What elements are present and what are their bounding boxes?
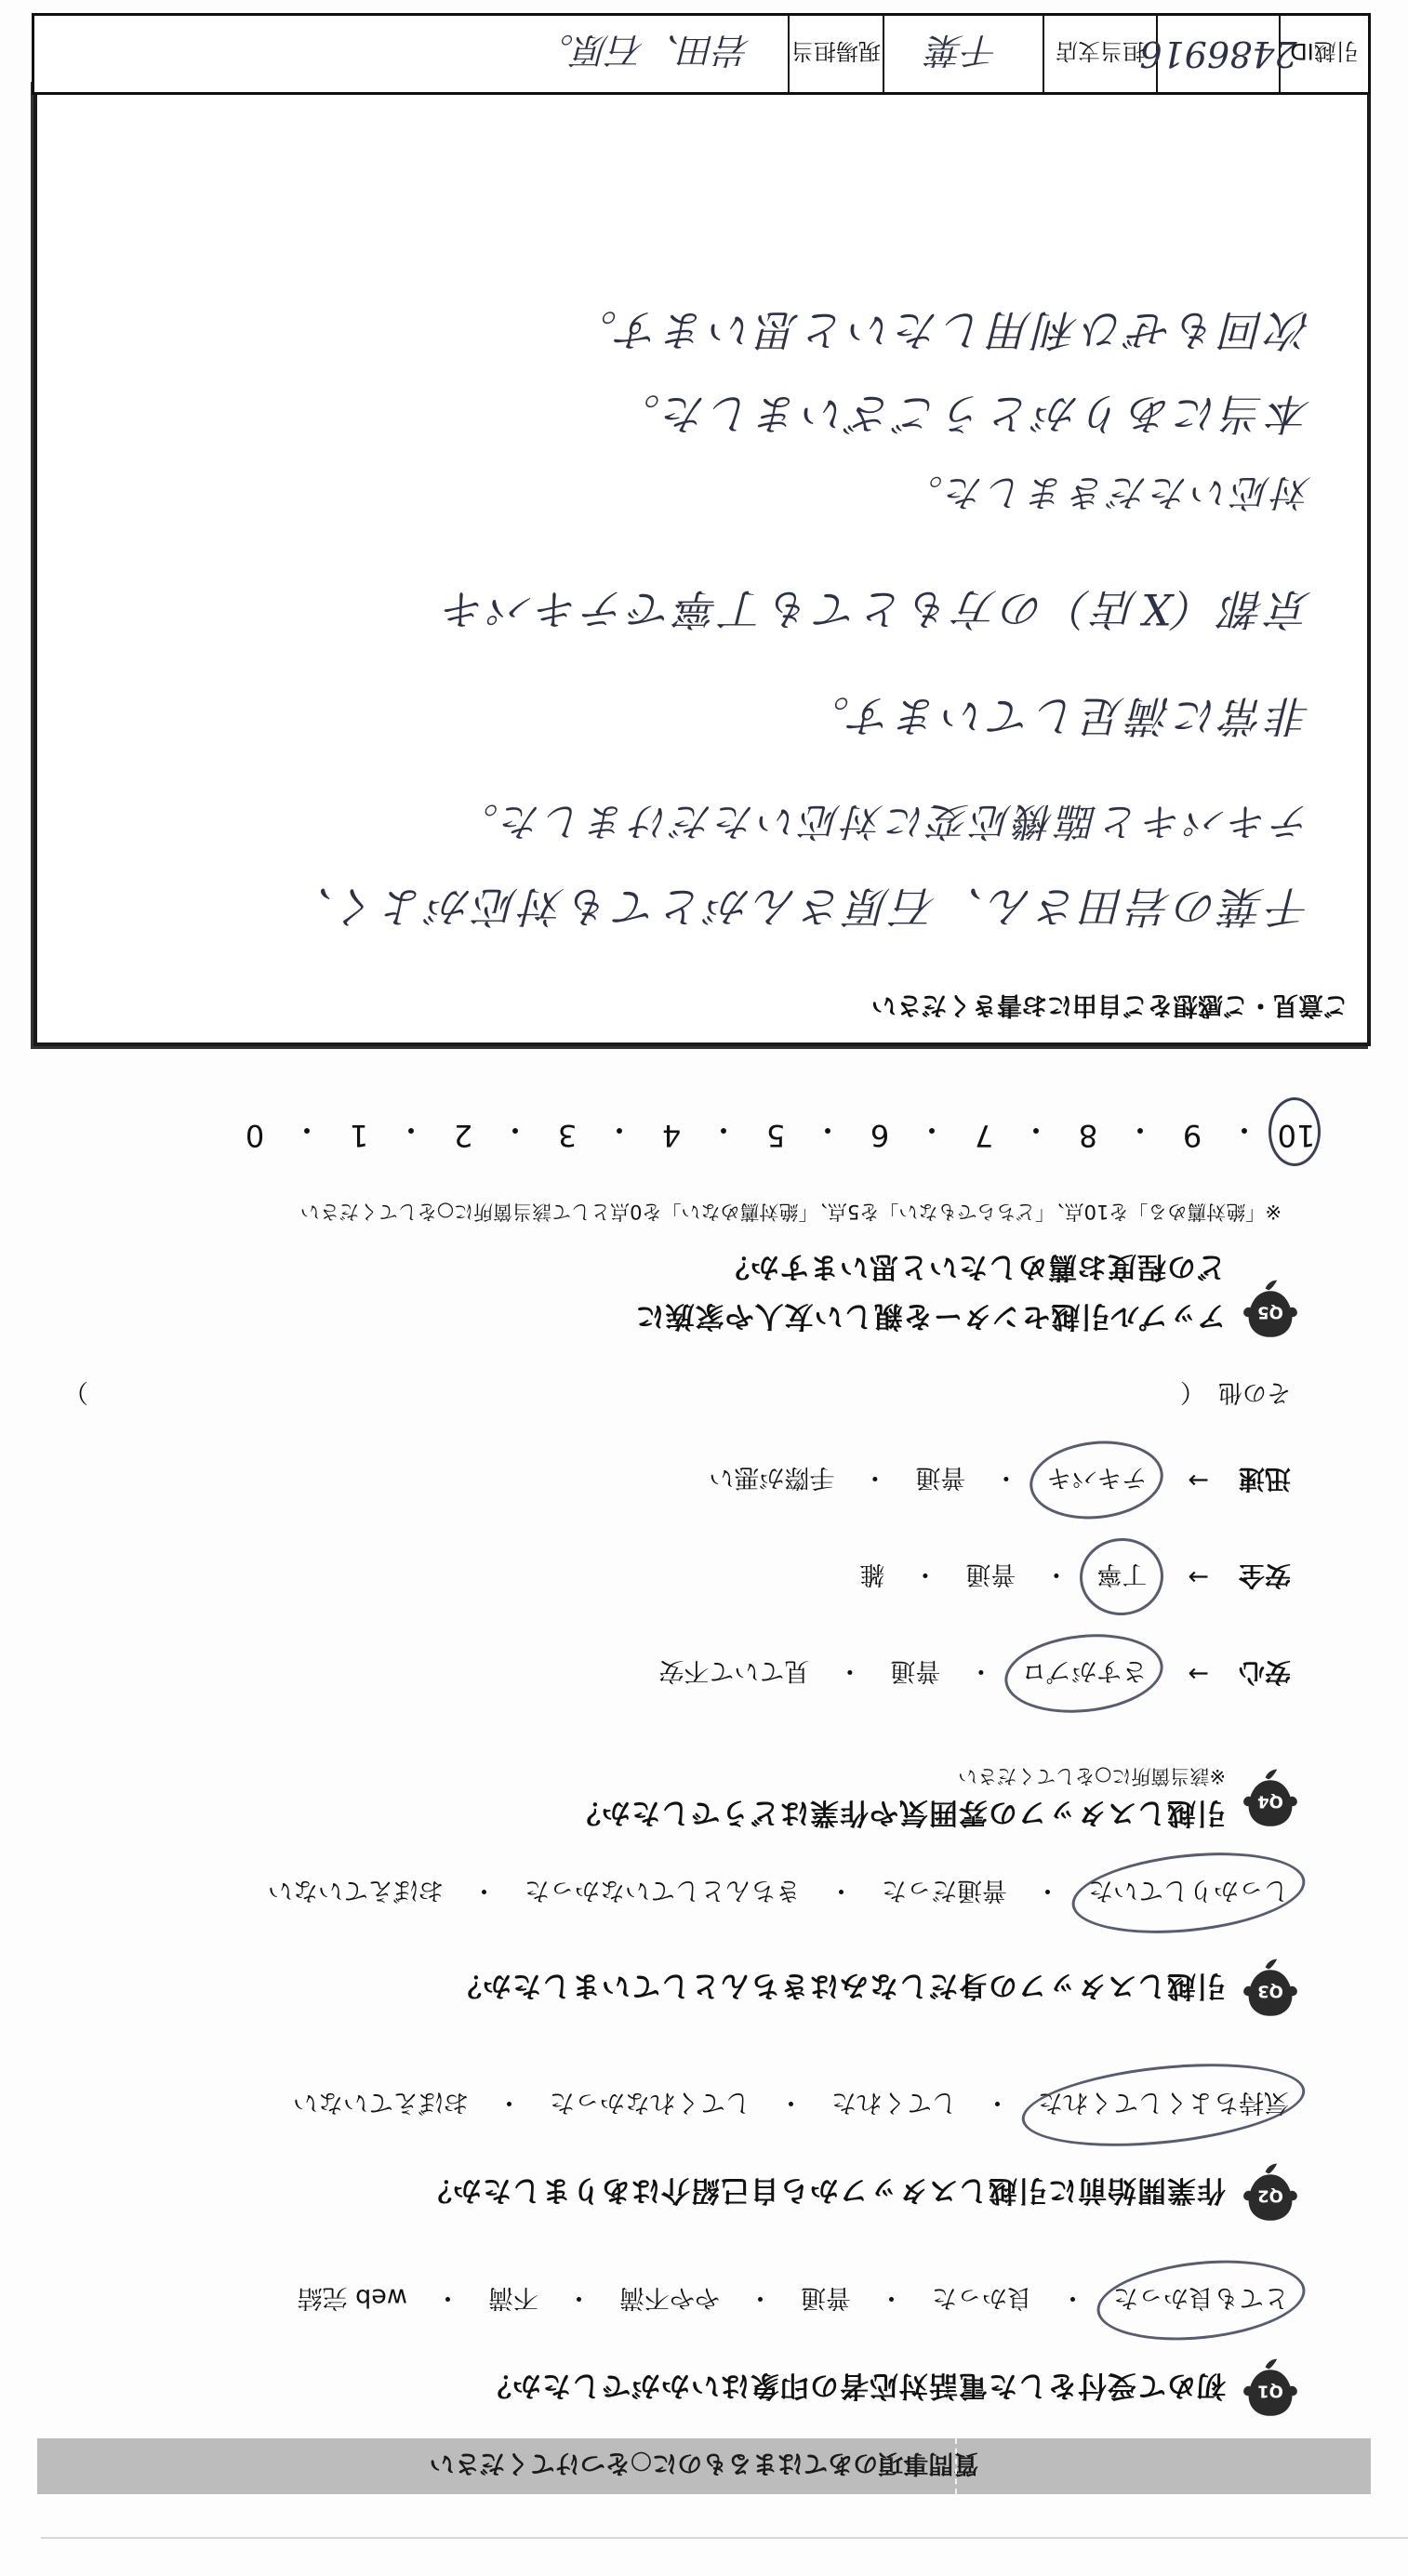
option-shitekurenakatta[interactable]: してくれなかった <box>546 2087 754 2123</box>
answer-options: とても良かった・ 良かった・ 普通・ やや不満・ 不満・ web 完結 <box>294 2282 1293 2318</box>
option-oboeteinai[interactable]: おぼえていない <box>289 2087 472 2123</box>
option-oboeteinai[interactable]: おぼえていない <box>264 1875 447 1911</box>
option-fuman[interactable]: 不満 <box>485 2282 542 2318</box>
recommend-scale: 10・ 9・ 8・ 7・ 6・ 5・ 4・ 3・ 2・ 1・ 0 <box>229 1110 1322 1153</box>
other-label: その他 <box>1218 1378 1291 1413</box>
row-jinsoku: 迅速 → テキパキ・ 普通・ 手際が悪い <box>63 1432 1291 1529</box>
question-text: 初めて受付をした電話対応者の印象はいかがでしたか？ <box>482 2369 1226 2410</box>
arrow-right-icon: → <box>1188 1660 1209 1689</box>
answer-options: 気持ちよくしてくれた・ してくれた・ してくれなかった・ おぼえていない <box>289 2087 1293 2123</box>
handwritten-line: 対応いただきました。 <box>902 469 1311 522</box>
handwritten-line: 本当にありがとうございました。 <box>614 386 1311 447</box>
question-text-line1: アップル引越センターを親しい友人や家族に <box>635 1298 1226 1340</box>
option-tekipaki[interactable]: テキパキ <box>1043 1463 1150 1499</box>
handwritten-line: 次回もぜひ利用したいと思います。 <box>571 302 1311 364</box>
scale-10[interactable]: 10 <box>1270 1110 1322 1153</box>
row-anzen: 安全 → 丁寧・ 普通・ 雑 <box>63 1529 1291 1626</box>
question-note: ※該当箇所に○をしてください <box>571 1763 1226 1791</box>
scale-0[interactable]: 0 <box>229 1110 281 1153</box>
id-value[interactable]: 2486916 <box>1156 16 1279 92</box>
other-close-paren: ） <box>63 1377 88 1414</box>
arrow-right-icon: → <box>1188 1467 1209 1495</box>
scale-4[interactable]: 4 <box>645 1110 697 1153</box>
scale-7[interactable]: 7 <box>958 1110 1010 1153</box>
option-futsu-datta[interactable]: 普通だった <box>878 1875 1011 1911</box>
branch-value[interactable]: 千葉 <box>883 16 1043 92</box>
option-tegiwa-warui[interactable]: 手際が悪い <box>705 1463 838 1499</box>
option-zatsu[interactable]: 雑 <box>856 1560 888 1596</box>
option-sasuga-pro[interactable]: さすがプロ <box>1017 1656 1150 1693</box>
arrow-right-icon: → <box>1188 1563 1209 1592</box>
other-open-paren: （ <box>1180 1377 1205 1414</box>
comment-title: ご意見・ご感想をご自由にお書きください <box>871 989 1348 1026</box>
scale-8[interactable]: 8 <box>1062 1110 1114 1153</box>
handwritten-line: 千葉の岩田さん、石原さんがとても対応がよく、 <box>286 879 1311 940</box>
staff-value[interactable]: 岩田、石原。 <box>34 16 788 92</box>
apple-q-badge-icon: Q2 <box>1237 2160 1304 2227</box>
svg-text:Q3: Q3 <box>1257 1981 1283 2000</box>
option-shitekureta[interactable]: してくれた <box>828 2087 961 2123</box>
option-futsu[interactable]: 普通 <box>962 1560 1019 1596</box>
question-text: 作業開始前に引越しスタッフから自己紹介はありましたか？ <box>422 2173 1226 2215</box>
svg-text:Q2: Q2 <box>1257 2185 1283 2205</box>
scale-6[interactable]: 6 <box>854 1110 906 1153</box>
question-q2: Q2 作業開始前に引越しスタッフから自己紹介はありましたか？ 気持ちよくしてくれ… <box>289 2087 1304 2227</box>
fold-line <box>955 2438 957 2494</box>
svg-text:Q1: Q1 <box>1257 2381 1283 2400</box>
handwritten-line: テキパキと臨機応変に対応いただけました。 <box>456 796 1311 852</box>
option-kichinto-nashi[interactable]: きちんとしていなかった <box>521 1875 804 1911</box>
option-futsu[interactable]: 普通 <box>797 2282 855 2318</box>
row-label: 安全 <box>1226 1559 1291 1596</box>
q4-rows: 安心 → さすがプロ・ 普通・ 見ていて不安 安全 → 丁寧・ 普通・ 雑 迅速… <box>63 1358 1291 1722</box>
question-text: 引越しスタッフの身だしなみはきちんとしていましたか？ <box>452 1969 1226 2011</box>
scale-5[interactable]: 5 <box>750 1110 802 1153</box>
option-shikkari[interactable]: しっかりしていた <box>1084 1875 1293 1911</box>
question-note: ※「絶対薦める」を10点、「どちらでもない」を5点、「絶対薦めない」を0点として… <box>300 1199 1282 1227</box>
option-totemo-yokatta[interactable]: とても良かった <box>1109 2282 1293 2318</box>
option-futsu[interactable]: 普通 <box>911 1463 969 1499</box>
scale-9[interactable]: 9 <box>1166 1110 1218 1153</box>
question-q1: Q1 初めて受付をした電話対応者の印象はいかがでしたか？ とても良かった・ 良か… <box>294 2282 1304 2423</box>
apple-q-badge-icon: Q3 <box>1237 1956 1304 2023</box>
row-label: 安心 <box>1226 1655 1291 1693</box>
row-label: 迅速 <box>1226 1462 1291 1499</box>
row-other: その他 （ ） <box>63 1358 1291 1432</box>
handwritten-line: 京都（X店）の方もとても丁寧でテキパキ <box>440 581 1311 643</box>
apple-q-badge-icon: Q5 <box>1237 1277 1304 1344</box>
answer-options: しっかりしていた・ 普通だった・ きちんとしていなかった・ おぼえていない <box>264 1875 1293 1911</box>
option-kimochiyoku[interactable]: 気持ちよくしてくれた <box>1034 2087 1293 2123</box>
apple-q-badge-icon: Q4 <box>1237 1767 1304 1834</box>
svg-text:Q4: Q4 <box>1257 1792 1283 1812</box>
comment-box[interactable]: ご意見・ご感想をご自由にお書きください 千葉の岩田さん、石原さんがとても対応がよ… <box>33 79 1371 1046</box>
question-text: 引越しスタッフの雰囲気や作業はどうでしたか？ <box>571 1795 1226 1837</box>
scale-3[interactable]: 3 <box>541 1110 593 1153</box>
scale-1[interactable]: 1 <box>333 1110 385 1153</box>
instructions-banner: 質問事項のあてはまるものに○をつけてください <box>37 2438 1371 2494</box>
option-yaya-fuman[interactable]: やや不満 <box>616 2282 724 2318</box>
question-q3: Q3 引越しスタッフの身だしなみはきちんとしていましたか？ しっかりしていた・ … <box>264 1875 1304 2023</box>
handwritten-line: 非常に満足しています。 <box>804 688 1311 750</box>
option-miteite-fuan[interactable]: 見ていて不安 <box>655 1656 813 1693</box>
option-web-kanketsu[interactable]: web 完結 <box>294 2282 411 2318</box>
header-table: 引越ID 2486916 担当支店 千葉 現場担当 岩田、石原。 <box>32 13 1371 95</box>
scale-2[interactable]: 2 <box>437 1110 489 1153</box>
apple-q-badge-icon: Q1 <box>1237 2356 1304 2423</box>
option-teinei[interactable]: 丁寧 <box>1093 1560 1150 1596</box>
banner-text: 質問事項のあてはまるものに○をつけてください <box>430 2449 979 2485</box>
survey-page: 質問事項のあてはまるものに○をつけてください Q1 初めて受付をした電話対応者の… <box>0 0 1408 2576</box>
option-futsu[interactable]: 普通 <box>886 1656 944 1693</box>
question-q5: Q5 アップル引越センターを親しい友人や家族に どの程度お薦めしたいと思いますか… <box>300 1199 1304 1344</box>
option-yokatta[interactable]: 良かった <box>928 2282 1036 2318</box>
svg-text:Q5: Q5 <box>1257 1302 1283 1321</box>
question-text-line2: どの程度お薦めしたいと思いますか？ <box>635 1249 1226 1291</box>
question-q4: Q4 引越しスタッフの雰囲気や作業はどうでしたか？ ※該当箇所に○をしてください… <box>63 1358 1304 1837</box>
staff-label: 現場担当 <box>788 16 883 92</box>
branch-label: 担当支店 <box>1043 16 1156 92</box>
row-anshin: 安心 → さすがプロ・ 普通・ 見ていて不安 <box>63 1626 1291 1722</box>
